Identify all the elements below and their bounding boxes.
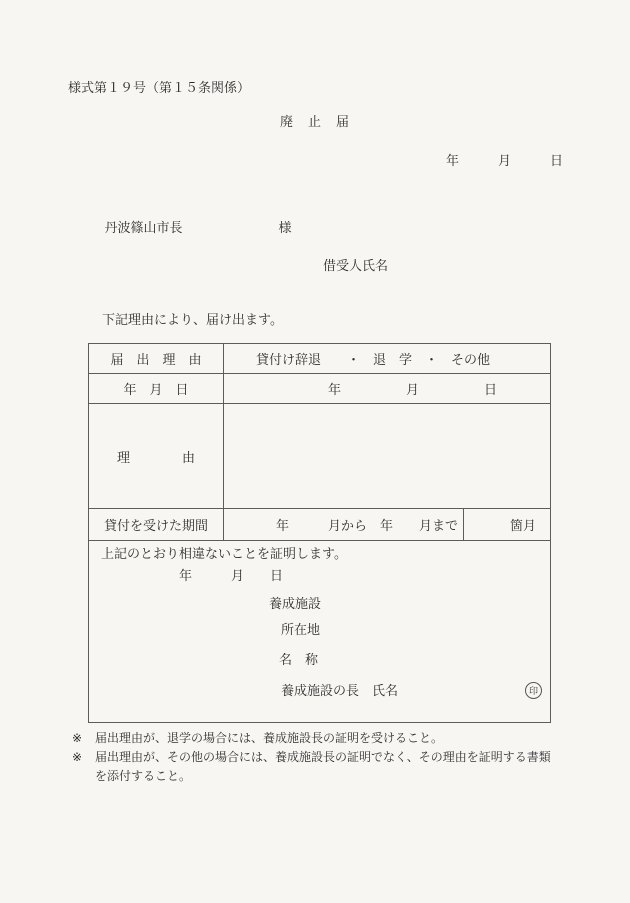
table-row-reason: 届 出 理 由 貸付け辞退 ・ 退 学 ・ その他 bbox=[89, 344, 550, 374]
facility-head-label: 養成施設の長 氏名 bbox=[281, 684, 398, 700]
table-row-period: 貸付を受けた期間 年 月から 年 月まで 箇月 bbox=[89, 509, 550, 541]
certification-statement: 上記のとおり相違ないことを証明します。 bbox=[101, 547, 347, 563]
addressee-name: 丹波篠山市長 bbox=[105, 221, 183, 236]
cause-label-cell: 理 由 bbox=[89, 404, 224, 508]
addressee-honorific: 様 bbox=[279, 221, 292, 236]
form-number: 様式第１９号（第１５条関係） bbox=[68, 77, 250, 96]
page-title: 廃 止 届 bbox=[0, 111, 630, 130]
date-value-cell: 年 月 日 bbox=[224, 374, 550, 403]
reference-mark-icon: ※ bbox=[72, 748, 95, 786]
facility-label: 養成施設 bbox=[269, 597, 321, 613]
notification-table: 届 出 理 由 貸付け辞退 ・ 退 学 ・ その他 年 月 日 年 月 日 理 … bbox=[88, 343, 551, 723]
certification-cell: 上記のとおり相違ないことを証明します。 年 月 日 養成施設 所在地 名 称 養… bbox=[89, 541, 550, 722]
certification-date-line: 年 月 日 bbox=[179, 569, 283, 585]
period-unit-cell: 箇月 bbox=[464, 509, 550, 540]
table-row-date: 年 月 日 年 月 日 bbox=[89, 374, 550, 404]
period-label-cell: 貸付を受けた期間 bbox=[89, 509, 224, 540]
reason-label-cell: 届 出 理 由 bbox=[89, 344, 224, 373]
address-label: 所在地 bbox=[281, 623, 320, 639]
intro-text: 下記理由により、届け出ます。 bbox=[102, 309, 283, 328]
footnote-item: ※ 届出理由が、その他の場合には、養成施設長の証明でなく、その理由を証明する書類… bbox=[72, 748, 577, 786]
period-value-cell: 年 月から 年 月まで bbox=[224, 509, 464, 540]
footnotes: ※ 届出理由が、退学の場合には、養成施設長の証明を受けること。 ※ 届出理由が、… bbox=[72, 729, 577, 786]
footnote-item: ※ 届出理由が、退学の場合には、養成施設長の証明を受けること。 bbox=[72, 729, 577, 748]
seal-icon: 印 bbox=[525, 682, 542, 699]
date-label-cell: 年 月 日 bbox=[89, 374, 224, 403]
footnote-text: 届出理由が、その他の場合には、養成施設長の証明でなく、その理由を証明する書類を添… bbox=[95, 748, 557, 786]
cause-detail-cell bbox=[224, 404, 550, 508]
table-row-cause: 理 由 bbox=[89, 404, 550, 509]
addressee-line: 丹波篠山市長様 bbox=[88, 202, 292, 251]
name-label: 名 称 bbox=[279, 653, 318, 669]
submission-date-line: 年 月 日 bbox=[446, 150, 563, 169]
seal-character: 印 bbox=[529, 684, 538, 697]
reason-options-cell: 貸付け辞退 ・ 退 学 ・ その他 bbox=[224, 344, 550, 373]
borrower-name-label: 借受人氏名 bbox=[323, 255, 388, 274]
reference-mark-icon: ※ bbox=[72, 729, 95, 748]
footnote-text: 届出理由が、退学の場合には、養成施設長の証明を受けること。 bbox=[95, 729, 557, 748]
form-page: 様式第１９号（第１５条関係） 廃 止 届 年 月 日 丹波篠山市長様 借受人氏名… bbox=[0, 0, 630, 903]
